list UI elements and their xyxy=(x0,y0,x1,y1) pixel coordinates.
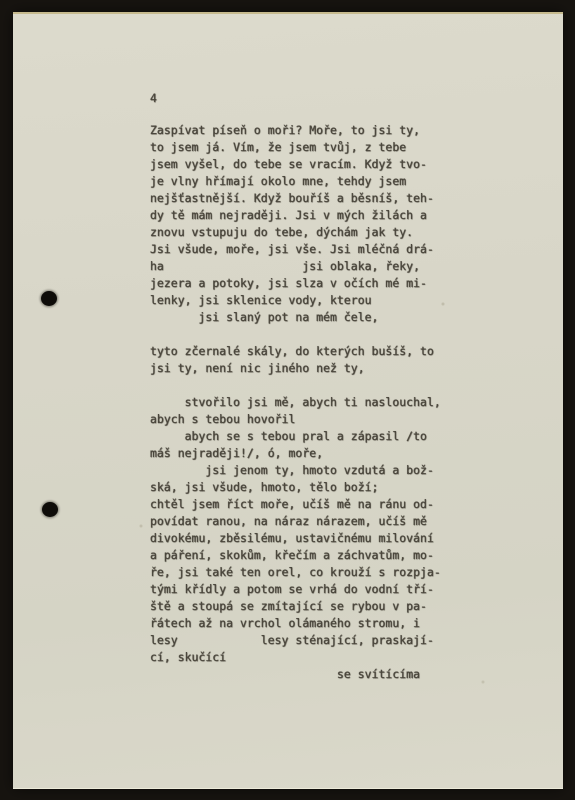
scan-background: 4 Zaspívat píseň o moři? Moře, to jsi ty… xyxy=(0,0,575,800)
text-line: divokému, zběsilému, ustavičnému milován… xyxy=(150,530,441,547)
typewritten-text: Zaspívat píseň o moři? Moře, to jsi ty,t… xyxy=(150,122,441,683)
page-number: 4 xyxy=(150,90,157,107)
text-line: tými křídly a potom se vrhá do vodní tří… xyxy=(150,581,441,598)
text-line: nejšťastnější. Když bouříš a běsníš, teh… xyxy=(150,190,441,207)
text-line: stvořilo jsi mě, abych ti naslouchal, xyxy=(150,394,441,411)
text-line: dy tě mám nejraději. Jsi v mých žilách a xyxy=(150,207,441,224)
text-line: Zaspívat píseň o moři? Moře, to jsi ty, xyxy=(150,122,441,139)
text-line: lenky, jsi sklenice vody, kterou xyxy=(150,292,441,309)
text-line: máš nejraději!/, ó, moře, xyxy=(150,445,441,462)
text-line: abych s tebou hovořil xyxy=(150,411,441,428)
text-line xyxy=(150,326,441,343)
text-line: jsi jenom ty, hmoto vzdutá a bož- xyxy=(150,462,441,479)
paper-page: 4 Zaspívat píseň o moři? Moře, to jsi ty… xyxy=(13,12,563,789)
text-line: se svítícíma xyxy=(150,666,441,683)
text-line: abych se s tebou pral a zápasil /to xyxy=(150,428,441,445)
text-line: ha jsi oblaka, řeky, xyxy=(150,258,441,275)
hole-punch-top xyxy=(41,291,57,306)
text-line: jsi slaný pot na mém čele, xyxy=(150,309,441,326)
text-line: tyto zčernalé skály, do kterých bušíš, t… xyxy=(150,343,441,360)
text-line xyxy=(150,377,441,394)
text-line: Jsi všude, moře, jsi vše. Jsi mléčná drá… xyxy=(150,241,441,258)
text-line: povídat ranou, na náraz nárazem, učíš mě xyxy=(150,513,441,530)
text-line: je vlny hřímají okolo mne, tehdy jsem xyxy=(150,173,441,190)
text-line: ště a stoupá se zmítající se rybou v pa- xyxy=(150,598,441,615)
text-line: ře, jsi také ten orel, co krouží s rozpj… xyxy=(150,564,441,581)
text-line: jsem vyšel, do tebe se vracím. Když tvo- xyxy=(150,156,441,173)
text-line: lesy lesy sténající, praskají- xyxy=(150,632,441,649)
text-line: cí, skučící xyxy=(150,649,441,666)
text-line: jsi ty, není nic jiného než ty, xyxy=(150,360,441,377)
text-line: řátech až na vrchol olámaného stromu, i xyxy=(150,615,441,632)
text-line: chtěl jsem říct moře, učíš mě na ránu od… xyxy=(150,496,441,513)
hole-punch-bottom xyxy=(42,502,58,517)
text-line: to jsem já. Vím, že jsem tvůj, z tebe xyxy=(150,139,441,156)
text-line: ská, jsi všude, hmoto, tělo boží; xyxy=(150,479,441,496)
text-line: a páření, skokům, křečím a záchvatům, mo… xyxy=(150,547,441,564)
text-line: znovu vstupuju do tebe, dýchám jak ty. xyxy=(150,224,441,241)
text-line: jezera a potoky, jsi slza v očích mé mi- xyxy=(150,275,441,292)
